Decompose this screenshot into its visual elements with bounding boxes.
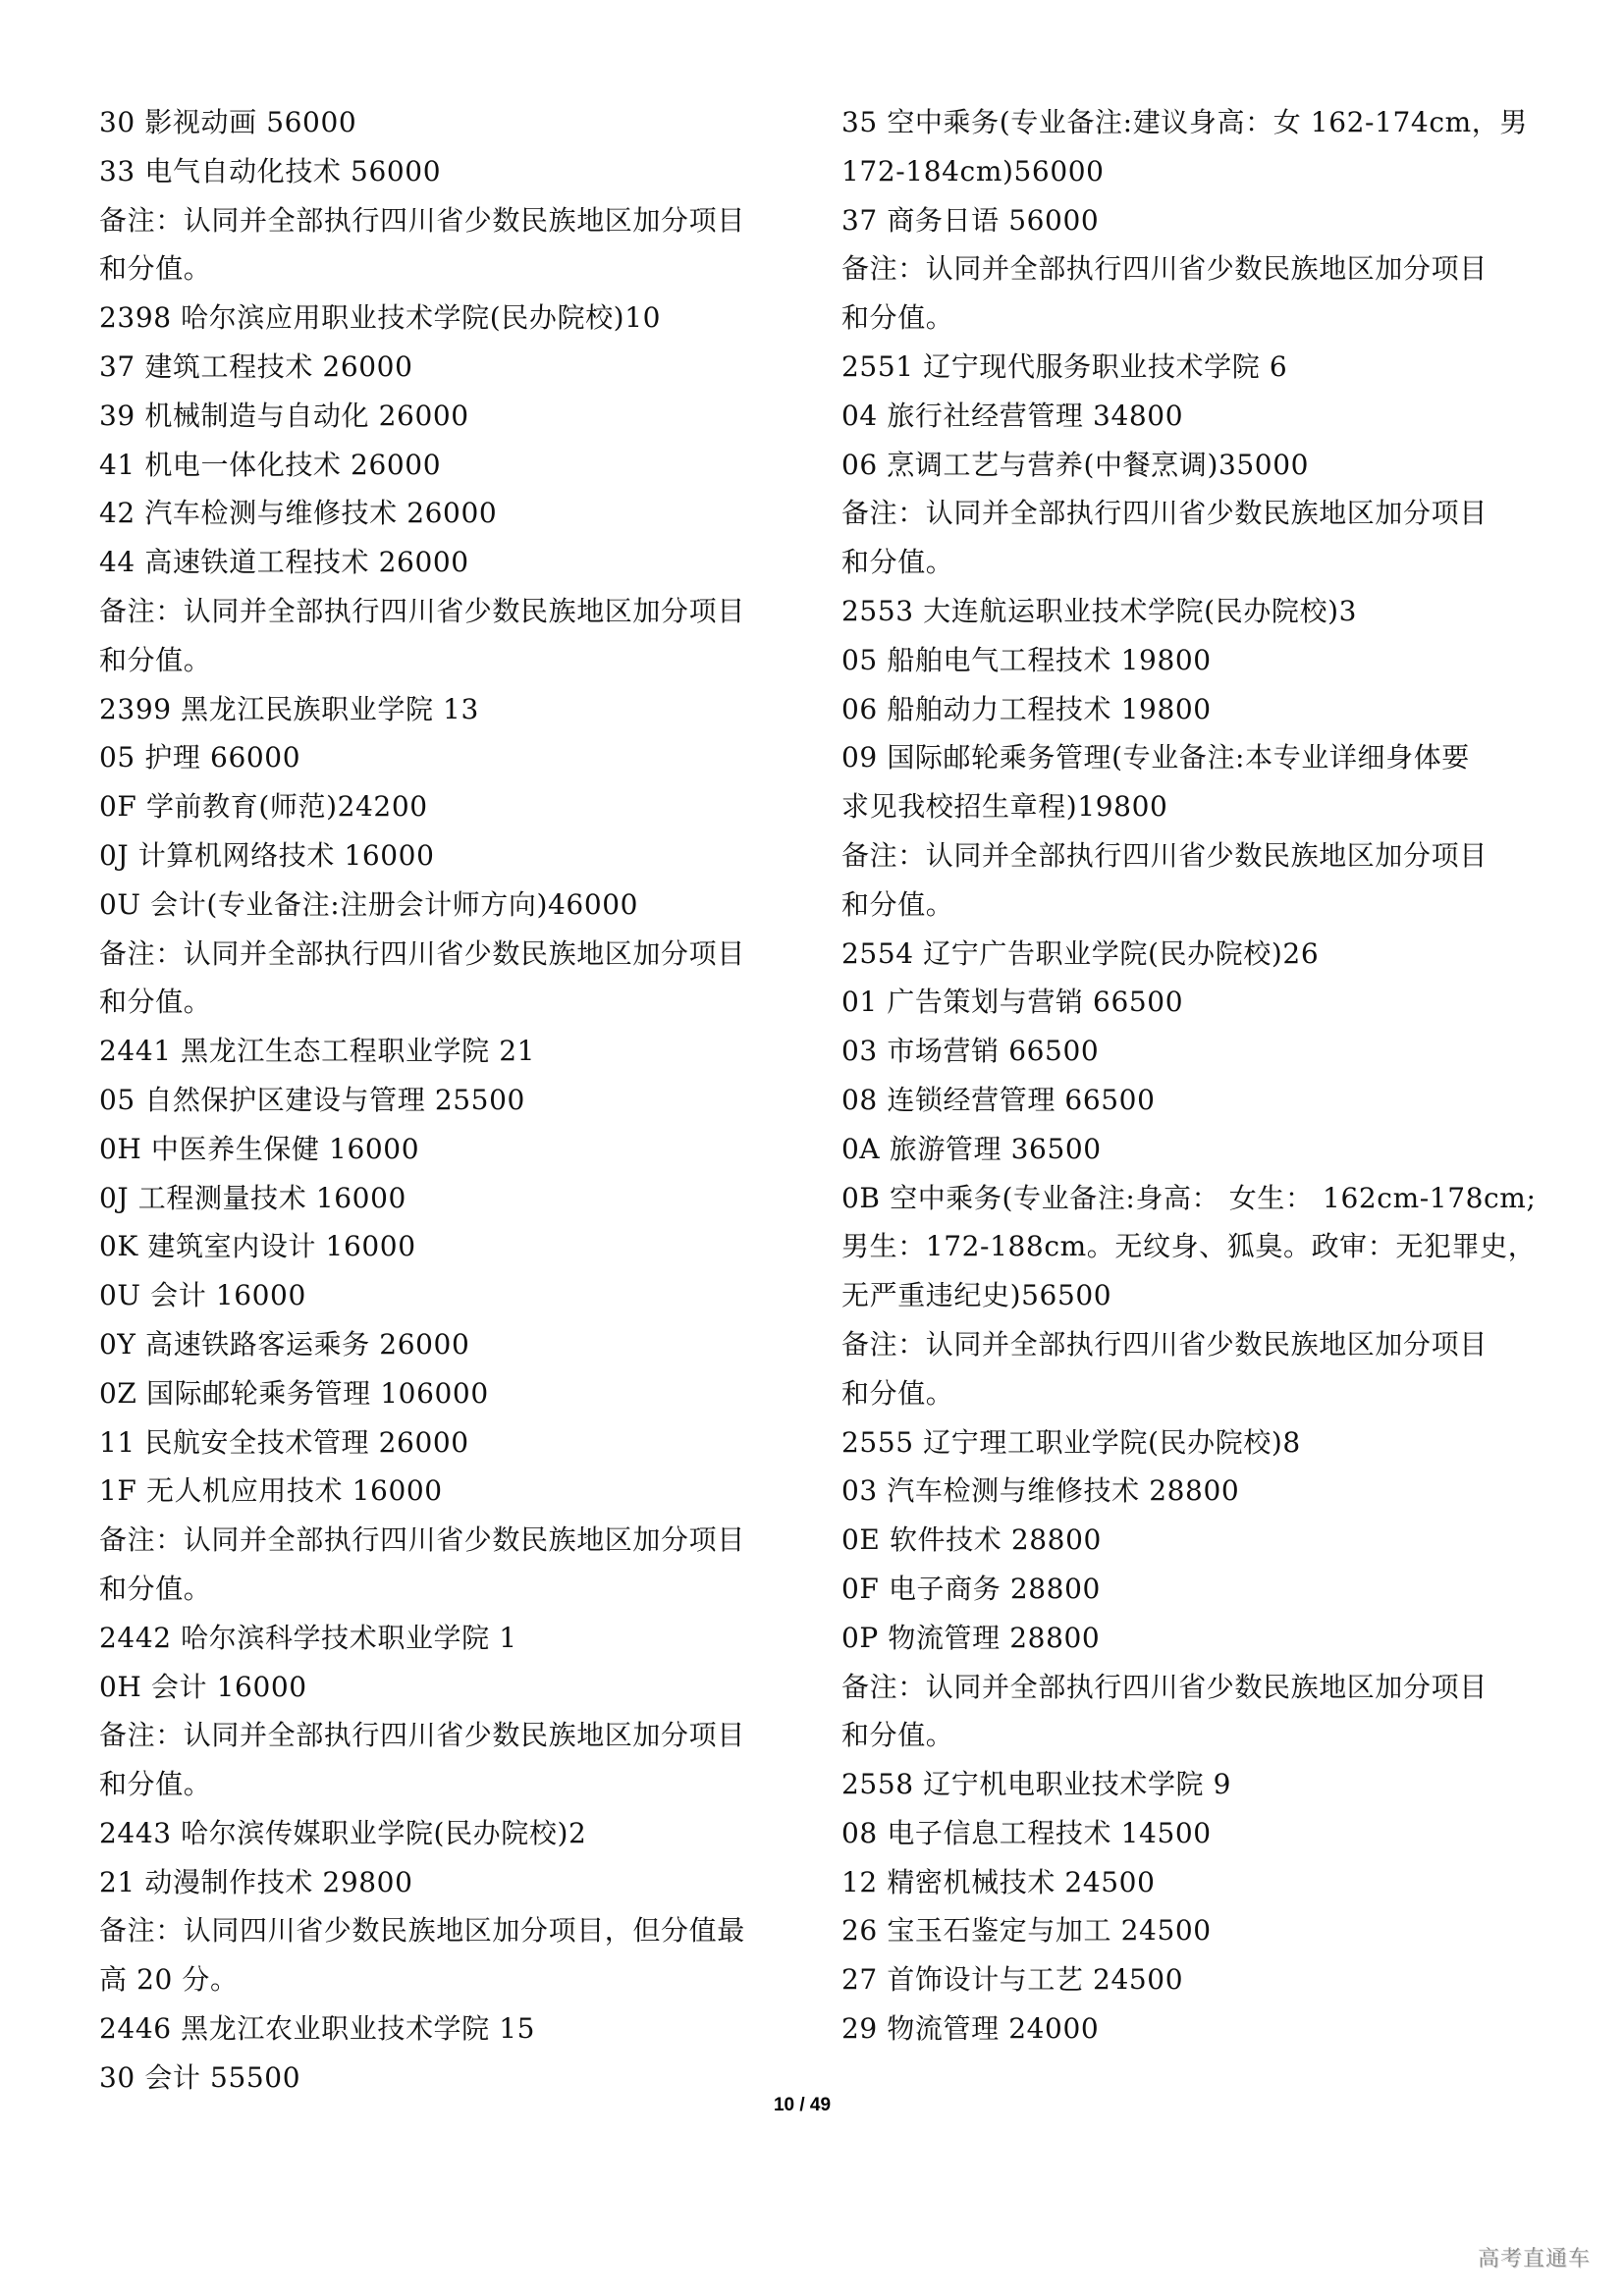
remark-entry: 备注：认同并全部执行四川省少数民族地区加分项目 — [99, 587, 786, 636]
major-entry: 0K 建筑室内设计 16000 — [99, 1222, 786, 1271]
school-entry: 2443 哈尔滨传媒职业学院(民办院校)2 — [99, 1809, 786, 1858]
major-entry: 06 烹调工艺与营养(中餐烹调)35000 — [841, 441, 1529, 490]
major-entry: 44 高速铁道工程技术 26000 — [99, 538, 786, 587]
major-entry: 0E 软件技术 28800 — [841, 1516, 1529, 1565]
major-entry-continuation: 172-184cm)56000 — [841, 147, 1529, 196]
major-entry: 39 机械制造与自动化 26000 — [99, 392, 786, 441]
page-number: 10 / 49 — [0, 2095, 1604, 2116]
school-entry: 2558 辽宁机电职业技术学院 9 — [841, 1760, 1529, 1809]
watermark-logo: 高考直通车 — [1478, 2242, 1591, 2272]
major-entry: 0J 工程测量技术 16000 — [99, 1174, 786, 1223]
major-entry: 05 船舶电气工程技术 19800 — [841, 636, 1529, 685]
remark-entry-continuation: 和分值。 — [99, 1760, 786, 1809]
remark-entry: 备注：认同并全部执行四川省少数民族地区加分项目 — [841, 489, 1529, 538]
remark-entry-continuation: 和分值。 — [99, 978, 786, 1027]
remark-entry: 备注：认同四川省少数民族地区加分项目，但分值最 — [99, 1906, 786, 1955]
major-entry: 1F 无人机应用技术 16000 — [99, 1467, 786, 1516]
major-entry: 12 精密机械技术 24500 — [841, 1858, 1529, 1907]
school-entry: 2553 大连航运职业技术学院(民办院校)3 — [841, 587, 1529, 636]
remark-entry-continuation: 和分值。 — [841, 1369, 1529, 1418]
major-entry: 35 空中乘务(专业备注:建议身高：女 162-174cm，男 — [841, 98, 1529, 147]
remark-entry-continuation: 和分值。 — [841, 538, 1529, 587]
major-entry: 03 市场营销 66500 — [841, 1027, 1529, 1076]
major-entry: 05 护理 66000 — [99, 733, 786, 782]
major-entry: 0F 电子商务 28800 — [841, 1565, 1529, 1614]
major-entry: 0P 物流管理 28800 — [841, 1614, 1529, 1663]
remark-entry: 备注：认同并全部执行四川省少数民族地区加分项目 — [99, 196, 786, 245]
major-entry-continuation: 求见我校招生章程)19800 — [841, 782, 1529, 831]
major-entry: 0U 会计 16000 — [99, 1271, 786, 1320]
major-entry: 21 动漫制作技术 29800 — [99, 1858, 786, 1907]
major-entry: 33 电气自动化技术 56000 — [99, 147, 786, 196]
remark-entry-continuation: 和分值。 — [841, 881, 1529, 930]
major-entry: 0H 会计 16000 — [99, 1663, 786, 1712]
remark-entry: 备注：认同并全部执行四川省少数民族地区加分项目 — [841, 1663, 1529, 1712]
remark-entry-continuation: 和分值。 — [99, 636, 786, 685]
major-entry: 0U 会计(专业备注:注册会计师方向)46000 — [99, 881, 786, 930]
right-column: 35 空中乘务(专业备注:建议身高：女 162-174cm，男172-184cm… — [841, 98, 1529, 2054]
major-entry: 09 国际邮轮乘务管理(专业备注:本专业详细身体要 — [841, 733, 1529, 782]
major-entry: 04 旅行社经营管理 34800 — [841, 392, 1529, 441]
school-entry: 2551 辽宁现代服务职业技术学院 6 — [841, 343, 1529, 392]
school-entry: 2555 辽宁理工职业学院(民办院校)8 — [841, 1418, 1529, 1468]
major-entry: 0A 旅游管理 36500 — [841, 1125, 1529, 1174]
remark-entry: 备注：认同并全部执行四川省少数民族地区加分项目 — [841, 1320, 1529, 1369]
remark-entry: 备注：认同并全部执行四川省少数民族地区加分项目 — [841, 244, 1529, 294]
remark-entry: 备注：认同并全部执行四川省少数民族地区加分项目 — [841, 831, 1529, 881]
major-entry: 08 连锁经营管理 66500 — [841, 1076, 1529, 1125]
remark-entry: 备注：认同并全部执行四川省少数民族地区加分项目 — [99, 1516, 786, 1565]
major-entry: 27 首饰设计与工艺 24500 — [841, 1955, 1529, 2004]
major-entry: 06 船舶动力工程技术 19800 — [841, 685, 1529, 734]
school-entry: 2398 哈尔滨应用职业技术学院(民办院校)10 — [99, 294, 786, 343]
remark-entry: 备注：认同并全部执行四川省少数民族地区加分项目 — [99, 930, 786, 979]
document-page: 30 影视动画 5600033 电气自动化技术 56000备注：认同并全部执行四… — [0, 0, 1624, 2296]
remark-entry: 备注：认同并全部执行四川省少数民族地区加分项目 — [99, 1711, 786, 1760]
major-entry: 08 电子信息工程技术 14500 — [841, 1809, 1529, 1858]
major-entry: 30 影视动画 56000 — [99, 98, 786, 147]
remark-entry-continuation: 和分值。 — [99, 244, 786, 294]
school-entry: 2441 黑龙江生态工程职业学院 21 — [99, 1027, 786, 1076]
major-entry: 0H 中医养生保健 16000 — [99, 1125, 786, 1174]
major-entry: 03 汽车检测与维修技术 28800 — [841, 1467, 1529, 1516]
major-entry: 42 汽车检测与维修技术 26000 — [99, 489, 786, 538]
major-entry: 0J 计算机网络技术 16000 — [99, 831, 786, 881]
school-entry: 2554 辽宁广告职业学院(民办院校)26 — [841, 930, 1529, 979]
major-entry: 0B 空中乘务(专业备注:身高： 女生： 162cm-178cm; — [841, 1174, 1529, 1223]
major-entry: 0Y 高速铁路客运乘务 26000 — [99, 1320, 786, 1369]
left-column: 30 影视动画 5600033 电气自动化技术 56000备注：认同并全部执行四… — [99, 98, 786, 2103]
remark-entry-continuation: 和分值。 — [841, 294, 1529, 343]
major-entry: 01 广告策划与营销 66500 — [841, 978, 1529, 1027]
major-entry: 11 民航安全技术管理 26000 — [99, 1418, 786, 1468]
major-entry: 29 物流管理 24000 — [841, 2004, 1529, 2054]
school-entry: 2442 哈尔滨科学技术职业学院 1 — [99, 1614, 786, 1663]
major-entry: 26 宝玉石鉴定与加工 24500 — [841, 1906, 1529, 1955]
major-entry: 41 机电一体化技术 26000 — [99, 441, 786, 490]
remark-entry-continuation: 和分值。 — [99, 1565, 786, 1614]
major-entry-continuation: 男生：172-188cm。无纹身、狐臭。政审：无犯罪史， — [841, 1222, 1529, 1271]
major-entry-continuation: 无严重违纪史)56500 — [841, 1271, 1529, 1320]
school-entry: 2399 黑龙江民族职业学院 13 — [99, 685, 786, 734]
remark-entry-continuation: 和分值。 — [841, 1711, 1529, 1760]
major-entry: 37 建筑工程技术 26000 — [99, 343, 786, 392]
major-entry: 05 自然保护区建设与管理 25500 — [99, 1076, 786, 1125]
major-entry: 0F 学前教育(师范)24200 — [99, 782, 786, 831]
major-entry: 0Z 国际邮轮乘务管理 106000 — [99, 1369, 786, 1418]
remark-entry-continuation: 高 20 分。 — [99, 1955, 786, 2004]
major-entry: 37 商务日语 56000 — [841, 196, 1529, 245]
school-entry: 2446 黑龙江农业职业技术学院 15 — [99, 2004, 786, 2054]
